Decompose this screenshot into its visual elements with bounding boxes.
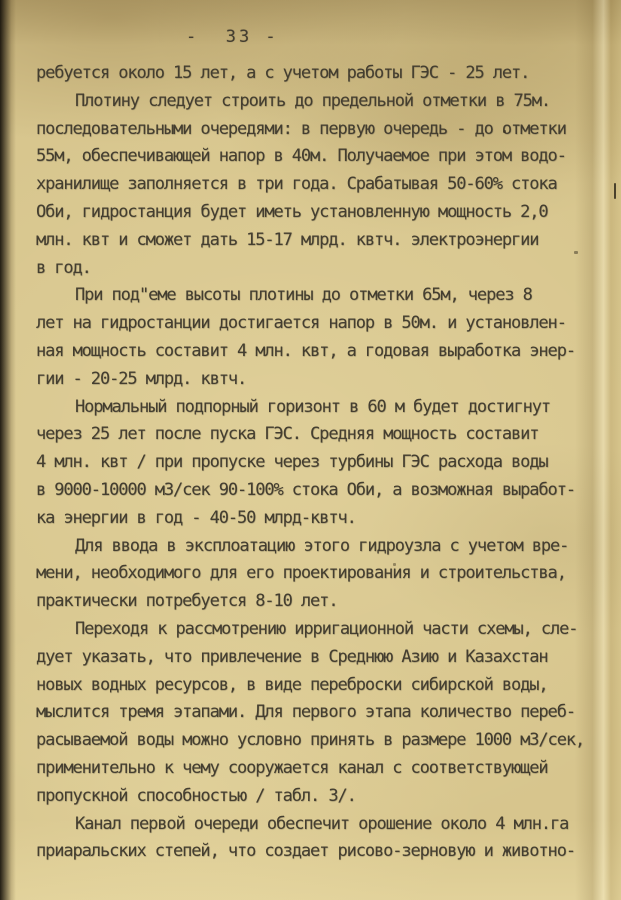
text-line: Оби, гидростанция будет иметь установлен… (36, 199, 596, 227)
text-line: приаральских степей, что создает рисово-… (36, 838, 596, 866)
scan-left-edge-shadow (0, 0, 16, 900)
text-line: новых водных ресурсов, в виде переброски… (36, 672, 596, 700)
text-line: Плотину следует строить до предельной от… (36, 88, 596, 116)
paper-speck (574, 251, 578, 254)
text-line: хранилище заполняется в три года. Срабат… (36, 171, 596, 199)
text-line: ребуется около 15 лет, а с учетом работы… (36, 60, 596, 88)
text-line: ка энергии в год - 40-50 млрд-квтч. (36, 505, 596, 533)
text-line: последовательными очередями: в первую оч… (36, 116, 596, 144)
page-number: - 33 - (186, 27, 279, 47)
text-line: Переходя к рассмотрению ирригационной ча… (36, 616, 596, 644)
text-line: практически потребуется 8-10 лет. (36, 588, 596, 616)
scanned-page: - 33 - ребуется около 15 лет, а с учетом… (0, 0, 621, 900)
text-line: применительно к чему сооружается канал с… (36, 755, 596, 783)
paper-speck (503, 130, 506, 133)
text-line: гии - 20-25 млрд. квтч. (36, 366, 596, 394)
text-line: через 25 лет после пуска ГЭС. Средняя мо… (36, 421, 596, 449)
text-line: мени, необходимого для его проектировани… (36, 560, 596, 588)
text-line: дует указать, что привлечение в Среднюю … (36, 644, 596, 672)
text-line: расываемой воды можно условно принять в … (36, 727, 596, 755)
text-line: ная мощность составит 4 млн. квт, а годо… (36, 338, 596, 366)
margin-mark (614, 183, 616, 199)
text-line: 55м, обеспечивающей напор в 40м. Получае… (36, 143, 596, 171)
text-line: лет на гидростанции достигается напор в … (36, 310, 596, 338)
text-line: 4 млн. квт / при пропуске через турбины … (36, 449, 596, 477)
typewritten-text-block: ребуется около 15 лет, а с учетом работы… (36, 60, 596, 866)
paper-speck (393, 563, 396, 566)
text-line: Канал первой очереди обеспечит орошение … (36, 811, 596, 839)
text-line: Нормальный подпорный горизонт в 60 м буд… (36, 394, 596, 422)
text-line: пропускной способностью / табл. 3/. (36, 783, 596, 811)
text-line: мыслится тремя этапами. Для первого этап… (36, 699, 596, 727)
text-line: млн. квт и сможет дать 15-17 млрд. квтч.… (36, 227, 596, 255)
text-line: При под"еме высоты плотины до отметки 65… (36, 282, 596, 310)
text-line: в год. (36, 255, 596, 283)
text-line: Для ввода в эксплоатацию этого гидроузла… (36, 533, 596, 561)
text-line: в 9000-10000 м3/сек 90-100% стока Оби, а… (36, 477, 596, 505)
